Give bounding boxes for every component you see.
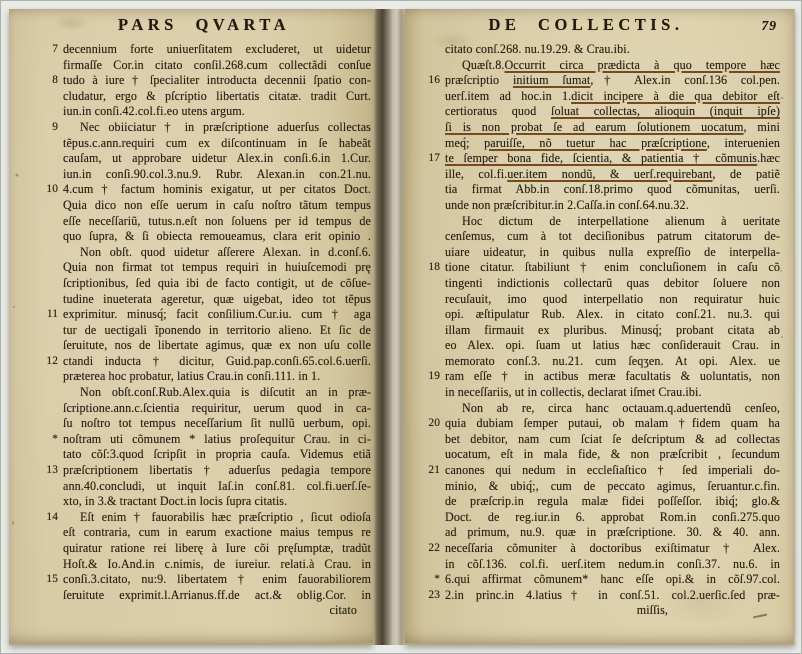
text-line: unde non præſcribitur.in 2.Caſſa.in conſ… (417, 198, 780, 214)
text-line: tudine inueterata ageretur, quæ uigebat,… (35, 292, 371, 308)
text-line: tingenti indictionis collectarũ quas deb… (417, 276, 780, 292)
text-line: 16præſcriptio initium ſumat,† Alex.in co… (417, 73, 780, 89)
line-text: præſcriptionem libertatis † aduerſus ped… (63, 463, 371, 479)
margin-number (417, 432, 445, 448)
text-line: in cõſ.136. col.fi. uerſ.item nedum.in c… (417, 557, 780, 573)
text-line: ad primum, nu.9. quæ in præſcriptione. 3… (417, 525, 780, 541)
text-line: *noſtram uti cõmunem * latius proſequitu… (35, 432, 371, 448)
text-line: memorato conſ.3. nu.21. cum ſeqʒen. At o… (417, 354, 780, 370)
text-line: in neceſſariis, ut in collectis, declara… (417, 385, 780, 401)
line-text: exprimitur. minusq́; facit conſilium.Cur… (63, 307, 371, 323)
margin-number: 10 (35, 182, 63, 198)
line-text: decennium forte uniuerſitatem excluderet… (63, 42, 371, 58)
margin-number (417, 182, 445, 198)
text-line: 104.cum † factum hominis exigatur, ut pe… (35, 182, 371, 198)
line-text: neceſſaria cõmuniter à doctoribus exiſti… (445, 541, 780, 557)
line-text: ſeruitute exprimit.l.Arrianus.ff.de act.… (63, 588, 371, 604)
margin-number (35, 245, 63, 261)
line-text: ſu noſtro tot tempus neceſſarium ſit nul… (63, 416, 371, 432)
margin-number (35, 276, 63, 292)
text-line: ille, col.fi.uer.item nondũ, & uerſ.requ… (417, 167, 780, 183)
text-line: meq́; paruiſſe, nõ tuetur hac præſcripti… (417, 136, 780, 152)
margin-number: 22 (417, 541, 445, 557)
margin-number: 18 (417, 260, 445, 276)
line-text: minio, & ubiq́;, cum de peccato agimus, … (445, 479, 780, 495)
text-line: xto, in 3.& tractant Doct.in locis ſupra… (35, 494, 371, 510)
line-text: quiratur ratione rei liberę à Iure cõi p… (63, 541, 371, 557)
line-text: te ſemper bona fide, ſcientia, & patient… (445, 151, 780, 167)
text-line: ſeruitute, nos de libertate agimus, quæ … (35, 338, 371, 354)
text-line: 20quia dubiam ſemper putaui, ob malam †f… (417, 416, 780, 432)
line-text: ſi is non probat ſe ad earum ſolutionem … (445, 120, 780, 136)
margin-number (417, 198, 445, 214)
margin-number (417, 307, 445, 323)
line-text: iun.in conſi.90.col.3.nu.9. Rubr. Alexan… (63, 167, 371, 183)
line-text: quia dubiam ſemper putaui, ob malam †fid… (445, 416, 780, 432)
margin-number (417, 525, 445, 541)
text-line: Doct. de reg.iur.in 6. approbat Rom.in c… (417, 510, 780, 526)
line-text: 4.cum † factum hominis exigatur, ut per … (63, 182, 371, 198)
line-text: certioratus quod ſoluat collectas, alioq… (445, 104, 780, 120)
margin-number: 7 (35, 42, 63, 58)
margin-number (417, 276, 445, 292)
margin-number (417, 229, 445, 245)
text-line: ſcriptione.ann.c.ſcientia requiritur, ue… (35, 401, 371, 417)
margin-number (417, 338, 445, 354)
margin-number (417, 354, 445, 370)
margin-number: 17 (417, 151, 445, 167)
line-text: ſcriptione.ann.c.ſcientia requiritur, ue… (63, 401, 371, 417)
text-line: uiare uideatur, in quibus nulla expreſſi… (417, 245, 780, 261)
text-line: 17te ſemper bona fide, ſcientia, & patie… (417, 151, 780, 167)
margin-number (35, 557, 63, 573)
text-line: de præſcrip.in regula malæ fidei poſſeſſ… (417, 494, 780, 510)
margin-number (35, 292, 63, 308)
text-line: eſt contraria, cum in earum exactione ma… (35, 525, 371, 541)
line-text: Non obſt. quod uidetur aſſerere Alexan. … (63, 245, 371, 261)
margin-number: * (35, 432, 63, 448)
line-text: recuſauit, imo quod interpellatio non re… (445, 292, 780, 308)
text-line: cludatur, ergo & pſcriptio libertatis ci… (35, 89, 371, 105)
line-text: uiare uideatur, in quibus nulla expreſſi… (445, 245, 780, 261)
margin-number (417, 385, 445, 401)
margin-number (417, 120, 445, 136)
text-line: ann.40.concludi, ut inquit Iaſ.in conſ.8… (35, 479, 371, 495)
line-text: meq́; paruiſſe, nõ tuetur hac præſcripti… (445, 136, 780, 152)
line-text: 2.in princ.in 4.latius† in conſ.51. col.… (445, 588, 780, 604)
text-line: Quia dico non eſſe uerum in caſu noſtro … (35, 198, 371, 214)
margin-number (417, 479, 445, 495)
margin-number (35, 260, 63, 276)
text-line: iun.in conſi.42.col.fi.eo utens argum. (35, 104, 371, 120)
text-line: eo Alex. opi. ſuam ut latius hæc conſide… (417, 338, 780, 354)
text-line: minio, & ubiq́;, cum de peccato agimus, … (417, 479, 780, 495)
margin-number (35, 136, 63, 152)
hand-underline: uer.item nondũ, & uerſ.requirebant (507, 167, 712, 181)
text-line: Non obſt. quod uidetur aſſerere Alexan. … (35, 245, 371, 261)
text-line: 21canones qui nedum in eccleſiaſtico † ſ… (417, 463, 780, 479)
hand-underline: initium ſumat (513, 73, 590, 87)
text-segment: ille, col.fi. (445, 167, 507, 181)
text-line: illam firmauit ex pluribus. Minusq́; pro… (417, 323, 780, 339)
hand-underline: ſi is non probat ſe ad earum ſolutionem … (445, 120, 744, 134)
text-line: cauſam, ut approbare uidetur Alex.in con… (35, 151, 371, 167)
margin-number: 15 (35, 572, 63, 588)
text-line: tur de uectigali ĩponendo in territorio … (35, 323, 371, 339)
line-text: ſcriptionibus, ſed quia ibi de facto con… (63, 276, 371, 292)
text-line: 19ram eſſe † in actibus meræ facultatis … (417, 369, 780, 385)
text-line: quiratur ratione rei liberę à Iure cõi p… (35, 541, 371, 557)
line-text: ram eſſe † in actibus meræ facultatis & … (445, 369, 780, 385)
hand-underline: paruiſſe, nõ tuetur hac præſcriptione (484, 136, 707, 150)
margin-number (35, 89, 63, 105)
text-line: Quia non firmat tot tempus requiri in hu… (35, 260, 371, 276)
margin-number (35, 198, 63, 214)
margin-number (417, 214, 445, 230)
text-segment: Quæſt.8. (462, 58, 504, 72)
line-text: noſtram uti cõmunem * latius proſequitur… (63, 432, 371, 448)
right-page: DE COLLECTIS. 79 citato conſ.268. nu.19.… (405, 9, 795, 645)
text-line: citato conſ.268. nu.19.29. & Crau.ibi. (417, 42, 780, 58)
margin-number (417, 447, 445, 463)
text-line: 11exprimitur. minusq́; facit conſilium.C… (35, 307, 371, 323)
margin-number (417, 89, 445, 105)
line-text: uerſ.item ad hoc.in 1.dicit incipere à d… (445, 89, 780, 105)
line-text: in neceſſariis, ut in collectis, declara… (445, 385, 780, 401)
line-text: memorato conſ.3. nu.21. cum ſeqʒen. At o… (445, 354, 780, 370)
line-text: eſſe neceſſariũ, tutus.n.eſt non ſoluens… (63, 214, 371, 230)
text-line: certioratus quod ſoluat collectas, alioq… (417, 104, 780, 120)
margin-number: 11 (35, 307, 63, 323)
right-running-head: DE COLLECTIS. 79 (405, 15, 793, 35)
line-text: ann.40.concludi, ut inquit Iaſ.in conſ.8… (63, 479, 371, 495)
line-text: cludatur, ergo & pſcriptio libertatis ci… (63, 89, 371, 105)
right-running-head-text: DE COLLECTIS. (489, 15, 684, 34)
line-text: ille, col.fi.uer.item nondũ, & uerſ.requ… (445, 167, 780, 183)
book-scan: PARS QVARTA 7decennium forte uniuerſitat… (0, 0, 802, 654)
line-text: ctandi inducta † dicitur, Guid.pap.conſi… (63, 354, 371, 370)
text-line: 8tudo à iure † ſpecialiter introducta de… (35, 73, 371, 89)
text-segment: meq́; (445, 136, 484, 150)
line-text: eſt contraria, cum in earum exactione ma… (63, 525, 371, 541)
line-text: citato conſ.268. nu.19.29. & Crau.ibi. (445, 42, 780, 58)
line-text: Non ab re, circa hanc octauam.q.aduerten… (445, 401, 780, 417)
line-text: ſeruitute, nos de libertate agimus, quæ … (63, 338, 371, 354)
text-line: quo ſupra, & ſi obiecta remoueamus, clar… (35, 229, 371, 245)
line-text: xto, in 3.& tractant Doct.in locis ſupra… (63, 494, 371, 510)
text-line: tẽpus.c.ann.requiri cum ex diſcontinuam … (35, 136, 371, 152)
line-text: Quæſt.8.Occurrit circa prædicta à quo te… (445, 58, 780, 74)
line-text: Non obſt.conſ.Rub.Alex.quia is diſcutit … (63, 385, 371, 401)
margin-number (417, 494, 445, 510)
text-line: 18tione citatur. ſtabiliunt † enim concl… (417, 260, 780, 276)
margin-number (35, 416, 63, 432)
text-line: 22neceſſaria cõmuniter à doctoribus exiſ… (417, 541, 780, 557)
text-line: cenſemus, cum à tot deciſionibus patrum … (417, 229, 780, 245)
line-text: uocatum, eſt in mala fide, & non præſcri… (445, 447, 780, 463)
line-text: tẽpus.c.ann.requiri cum ex diſcontinuam … (63, 136, 371, 152)
text-line: bet debitor, nam cum ſciat ſe deſcriptum… (417, 432, 780, 448)
text-line: firmaſſe Cor.in citato conſil.268.cum co… (35, 58, 371, 74)
margin-number: 20 (417, 416, 445, 432)
text-line: uerſ.item ad hoc.in 1.dicit incipere à d… (417, 89, 780, 105)
margin-number: 21 (417, 463, 445, 479)
text-line: opi. æſtipulatur Rub. Alex. in citato co… (417, 307, 780, 323)
text-line: iun.in conſi.90.col.3.nu.9. Rubr. Alexan… (35, 167, 371, 183)
margin-number: 16 (417, 73, 445, 89)
text-line: eſſe neceſſariũ, tutus.n.eſt non ſoluens… (35, 214, 371, 230)
margin-number (35, 479, 63, 495)
text-line: tia firmat Abb.in conſ.18.primo quod cõm… (417, 182, 780, 198)
line-text: tudine inueterata ageretur, quæ uigebat,… (63, 292, 371, 308)
text-line: Quæſt.8.Occurrit circa prædicta à quo te… (417, 58, 780, 74)
line-text: bet debitor, nam cum ſciat ſe deſcriptum… (445, 432, 780, 448)
margin-number (35, 385, 63, 401)
line-text: Nec obiiciatur † in præſcriptione aduerſ… (63, 120, 371, 136)
line-text: in cõſ.136. col.fi. uerſ.item nedum.in c… (445, 557, 780, 573)
text-line: 15conſi.3.citato, nu:9. libertatem † eni… (35, 572, 371, 588)
margin-number: * (417, 572, 445, 588)
margin-number: 8 (35, 73, 63, 89)
line-text: citato (63, 603, 371, 619)
text-line: 14Eſt enim † fauorabilis hæc præſcriptio… (35, 510, 371, 526)
book-gutter (373, 9, 405, 645)
catchword-line: miſſis, (417, 603, 780, 619)
line-text: tione citatur. ſtabiliunt † enim concluſ… (445, 260, 780, 276)
margin-number (417, 323, 445, 339)
margin-number (417, 510, 445, 526)
margin-number (35, 541, 63, 557)
margin-number: 9 (35, 120, 63, 136)
text-line: Hoc dictum de interpellatione alienum à … (417, 214, 780, 230)
line-text: miſſis, (445, 603, 780, 619)
text-segment: uerſ.item ad hoc.in 1. (445, 89, 571, 103)
margin-number (417, 58, 445, 74)
folio-number: 79 (762, 16, 778, 36)
margin-number (35, 588, 63, 604)
line-text: eo Alex. opi. ſuam ut latius hæc conſide… (445, 338, 780, 354)
margin-number: 13 (35, 463, 63, 479)
text-line: 232.in princ.in 4.latius† in conſ.51. co… (417, 588, 780, 604)
line-text: Hoſt.& Io.And.in c.nimis, de iureiur. re… (63, 557, 371, 573)
margin-number (417, 167, 445, 183)
right-text-block: citato conſ.268. nu.19.29. & Crau.ibi.Qu… (417, 42, 780, 619)
margin-number (35, 603, 63, 619)
text-segment: , de patiẽ (712, 167, 780, 181)
margin-number (35, 214, 63, 230)
margin-number (417, 136, 445, 152)
margin-number (35, 104, 63, 120)
line-text: firmaſſe Cor.in citato conſil.268.cum co… (63, 58, 371, 74)
line-text: cauſam, ut approbare uidetur Alex.in con… (63, 151, 371, 167)
left-running-head: PARS QVARTA (9, 15, 373, 35)
text-line: 7decennium forte uniuerſitatem excludere… (35, 42, 371, 58)
margin-number: 12 (35, 354, 63, 370)
margin-number: 23 (417, 588, 445, 604)
text-line: Non ab re, circa hanc octauam.q.aduerten… (417, 401, 780, 417)
text-line: ſcriptionibus, ſed quia ibi de facto con… (35, 276, 371, 292)
line-text: Eſt enim † fauorabilis hæc præſcriptio ,… (63, 510, 371, 526)
line-text: 6.qui affirmat cõmunem* hanc eſſe opi.& … (445, 572, 780, 588)
text-line: 9Nec obiiciatur † in præſcriptione aduer… (35, 120, 371, 136)
line-text: cenſemus, cum à tot deciſionibus patrum … (445, 229, 780, 245)
margin-number (417, 245, 445, 261)
line-text: opi. æſtipulatur Rub. Alex. in citato co… (445, 307, 780, 323)
hand-underline: dicit incipere à die qua debitor eſt (571, 89, 780, 103)
text-segment: , interuenien (707, 136, 780, 150)
margin-number (417, 603, 445, 619)
text-line: ſeruitute exprimit.l.Arrianus.ff.de act.… (35, 588, 371, 604)
line-text: Quia non firmat tot tempus requiri in hu… (63, 260, 371, 276)
margin-number (35, 447, 63, 463)
margin-number (35, 525, 63, 541)
line-text: tato cõſ:3.quod ſcripſit in propria cauſ… (63, 447, 371, 463)
line-text: iun.in conſi.42.col.fi.eo utens argum. (63, 104, 371, 120)
line-text: Doct. de reg.iur.in 6. approbat Rom.in c… (445, 510, 780, 526)
margin-number: 14 (35, 510, 63, 526)
text-line: Hoſt.& Io.And.in c.nimis, de iureiur. re… (35, 557, 371, 573)
margin-number (35, 167, 63, 183)
margin-number (35, 338, 63, 354)
margin-number (35, 369, 63, 385)
line-text: præſcriptio initium ſumat,† Alex.in conſ… (445, 73, 780, 89)
text-segment: , mini (744, 120, 781, 134)
text-line: *6.qui affirmat cõmunem* hanc eſſe opi.&… (417, 572, 780, 588)
left-page: PARS QVARTA 7decennium forte uniuerſitat… (9, 9, 373, 645)
hand-underline: te ſemper bona fide, ſcientia, & patient… (445, 151, 757, 165)
text-segment: ,† Alex.in conſ.136 col.pen. (590, 73, 780, 87)
left-text-block: 7decennium forte uniuerſitatem excludere… (35, 42, 371, 619)
hand-underline: ſoluat collectas, alioquin (inquit ipſe) (551, 104, 780, 118)
line-text: tudo à iure † ſpecialiter introducta dec… (63, 73, 371, 89)
text-line: præterea hoc probatur, latius Crau.in co… (35, 369, 371, 385)
line-text: tur de uectigali ĩponendo in territorio … (63, 323, 371, 339)
line-text: conſi.3.citato, nu:9. libertatem † enim … (63, 572, 371, 588)
text-segment: .hæc (757, 151, 780, 165)
margin-number (35, 229, 63, 245)
line-text: Hoc dictum de interpellatione alienum à … (445, 214, 780, 230)
line-text: tingenti indictionis collectarũ quas deb… (445, 276, 780, 292)
line-text: tia firmat Abb.in conſ.18.primo quod cõm… (445, 182, 780, 198)
line-text: quo ſupra, & ſi obiecta remoueamus, clar… (63, 229, 371, 245)
line-text: præterea hoc probatur, latius Crau.in co… (63, 369, 371, 385)
line-text: illam firmauit ex pluribus. Minusq́; pro… (445, 323, 780, 339)
text-line: uocatum, eſt in mala fide, & non præſcri… (417, 447, 780, 463)
line-text: unde non præſcribitur.in 2.Caſſa.in conſ… (445, 198, 780, 214)
margin-number (417, 292, 445, 308)
line-text: ad primum, nu.9. quæ in præſcriptione. 3… (445, 525, 780, 541)
hand-underline: Occurrit circa prædicta à quo tempore hæ… (504, 58, 780, 72)
text-line: Non obſt.conſ.Rub.Alex.quia is diſcutit … (35, 385, 371, 401)
line-text: de præſcrip.in regula malæ fidei poſſeſſ… (445, 494, 780, 510)
margin-number (417, 401, 445, 417)
margin-number (417, 104, 445, 120)
margin-number (35, 58, 63, 74)
text-line: 12ctandi inducta † dicitur, Guid.pap.con… (35, 354, 371, 370)
margin-number (35, 494, 63, 510)
text-segment: præſcriptio (445, 73, 513, 87)
text-line: ſi is non probat ſe ad earum ſolutionem … (417, 120, 780, 136)
catchword-line: citato (35, 603, 371, 619)
margin-number: 19 (417, 369, 445, 385)
margin-number (35, 323, 63, 339)
margin-number (417, 557, 445, 573)
text-segment: certioratus quod (445, 104, 551, 118)
margin-number (35, 401, 63, 417)
margin-number (35, 151, 63, 167)
margin-number (417, 42, 445, 58)
text-line: ſu noſtro tot tempus neceſſarium ſit nul… (35, 416, 371, 432)
text-line: 13præſcriptionem libertatis † aduerſus p… (35, 463, 371, 479)
line-text: canones qui nedum in eccleſiaſtico † ſed… (445, 463, 780, 479)
line-text: Quia dico non eſſe uerum in caſu noſtro … (63, 198, 371, 214)
text-line: tato cõſ:3.quod ſcripſit in propria cauſ… (35, 447, 371, 463)
text-line: recuſauit, imo quod interpellatio non re… (417, 292, 780, 308)
